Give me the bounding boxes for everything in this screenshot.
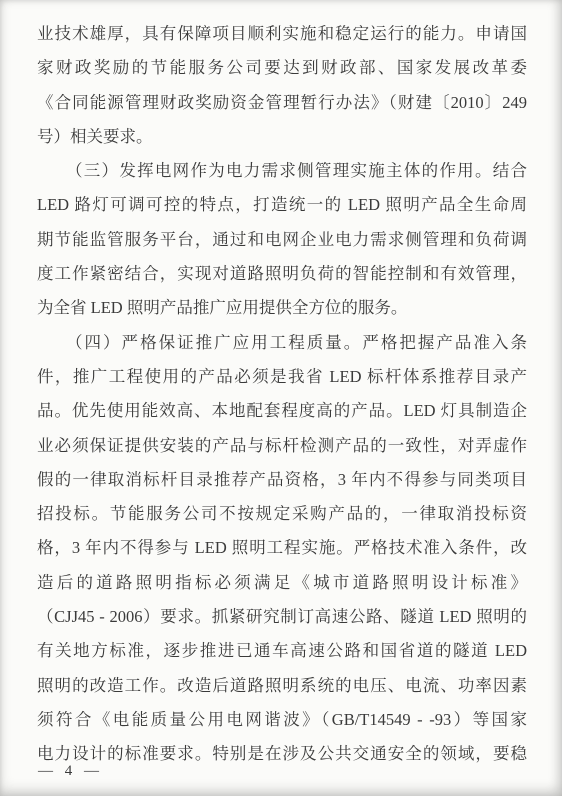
text-line: （四）严格保证推广应用工程质量。严格把握产品准入条 xyxy=(37,326,527,360)
text-line: 家财政奖励的节能服务公司要达到财政部、国家发展改革委 xyxy=(37,51,527,85)
text-line: （三）发挥电网作为电力需求侧管理实施主体的作用。结合 xyxy=(37,154,527,188)
text-line: 须符合《电能质量公用电网谐波》（GB/T14549 - -93）等国家 xyxy=(37,703,527,737)
text-line: （CJJ45 - 2006）要求。抓紧研究制订高速公路、隧道 LED 照明的 xyxy=(37,600,527,634)
text-line: 业必须保证提供安装的产品与标杆检测产品的一致性，对弄虚作 xyxy=(37,429,527,463)
document-page: 业技术雄厚，具有保障项目顺利实施和稳定运行的能力。申请国家财政奖励的节能服务公司… xyxy=(0,0,562,796)
text-line: 度工作紧密结合，实现对道路照明负荷的智能控制和有效管理， xyxy=(37,257,527,291)
text-line: 号）相关要求。 xyxy=(37,120,527,154)
text-line: 《合同能源管理财政奖励资金管理暂行办法》（财建〔2010〕249 xyxy=(37,86,527,120)
text-line: 件，推广工程使用的产品必须是我省 LED 标杆体系推荐目录产 xyxy=(37,360,527,394)
text-line: 假的一律取消标杆目录推荐产品资格，3 年内不得参与同类项目 xyxy=(37,463,527,497)
text-line: 电力设计的标准要求。特别是在涉及公共交通安全的领域，要稳 xyxy=(37,737,527,771)
text-line: 格，3 年内不得参与 LED 照明工程实施。严格技术准入条件，改 xyxy=(37,531,527,565)
text-line: 品。优先使用能效高、本地配套程度高的产品。LED 灯具制造企 xyxy=(37,394,527,428)
text-line: 有关地方标准，逐步推进已通车高速公路和国省道的隧道 LED xyxy=(37,634,527,668)
text-line: 照明的改造工作。改造后道路照明系统的电压、电流、功率因素 xyxy=(37,669,527,703)
text-line: 招投标。节能服务公司不按规定采购产品的，一律取消投标资 xyxy=(37,497,527,531)
text-line: 造后的道路照明指标必须满足《城市道路照明设计标准》 xyxy=(37,566,527,600)
text-line: 业技术雄厚，具有保障项目顺利实施和稳定运行的能力。申请国 xyxy=(37,17,527,51)
text-line: LED 路灯可调可控的特点，打造统一的 LED 照明产品全生命周 xyxy=(37,188,527,222)
document-body: 业技术雄厚，具有保障项目顺利实施和稳定运行的能力。申请国家财政奖励的节能服务公司… xyxy=(37,17,527,772)
text-line: 为全省 LED 照明产品推广应用提供全方位的服务。 xyxy=(37,291,527,325)
text-line: 期节能监管服务平台，通过和电网企业电力需求侧管理和负荷调 xyxy=(37,223,527,257)
page-number: — 4 — xyxy=(38,763,103,780)
